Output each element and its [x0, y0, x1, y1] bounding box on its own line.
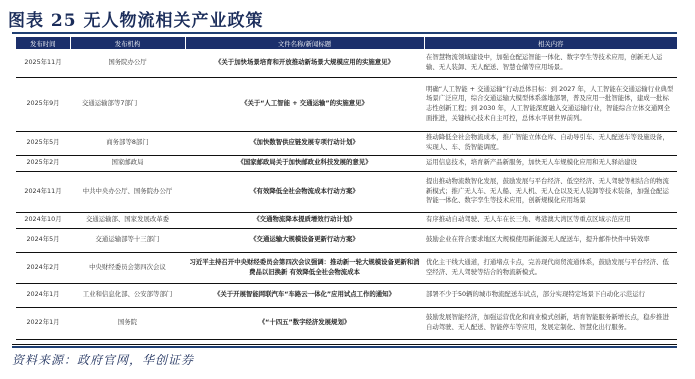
cell-time: 2024年11月 [16, 171, 70, 212]
cell-content: 鼓励企业在符合要求地区大规模使用新能源无人配送车，提升邮件快件中转效率 [424, 228, 677, 252]
figure-title: 图表 25 无人物流相关产业政策 [8, 6, 264, 30]
cell-doc: 《关于“人工智能 + 交通运输”的实施意见》 [185, 77, 424, 131]
cell-time: 2024年2月 [16, 252, 70, 283]
cell-content: 明确“人工智能 + 交通运输”行动总体目标：到 2027 年，人工智能在交通运输… [424, 77, 677, 131]
table-row: 2024年10月 交通运输部、国家发展改革委 《交通物流降本提质增效行动计划》 … [16, 212, 677, 228]
policy-table: 发布时间 发布机构 文件名称/新闻标题 相关内容 2025年11月 国务院办公厅… [16, 37, 677, 340]
table-row: 2024年1月 工业和信息化部、公安部等部门 《关于开展智能网联汽车“车路云一体… [16, 283, 677, 307]
cell-time: 2025年9月 [16, 77, 70, 131]
bottom-divider-accent [12, 346, 677, 348]
cell-org: 中共中央办公厅、国务院办公厅 [70, 171, 185, 212]
cell-content: 在智慧物流领域建设中，加强仓配运智能一体化、数字孪生等技术应用，创新无人运输、无… [424, 49, 677, 77]
table-row: 2024年11月 中共中央办公厅、国务院办公厅 《有效降低全社会物流成本行动方案… [16, 171, 677, 212]
header-doc: 文件名称/新闻标题 [185, 37, 424, 49]
cell-doc: 《有效降低全社会物流成本行动方案》 [185, 171, 424, 212]
cell-org: 交通运输部、国家发展改革委 [70, 212, 185, 228]
table-row: 2025年5月 商务部等8部门 《加快数智供应链发展专项行动计划》 推动降低全社… [16, 131, 677, 155]
table-row: 2024年2月 中央财经委员会第四次会议 习近平主持召开中央财经委员会第四次会议… [16, 252, 677, 283]
table-header-row: 发布时间 发布机构 文件名称/新闻标题 相关内容 [16, 37, 677, 49]
cell-org: 商务部等8部门 [70, 131, 185, 155]
source-note: 资料来源：政府官网，华创证券 [12, 351, 194, 368]
cell-org: 交通运输部等十三部门 [70, 228, 185, 252]
cell-time: 2022年1月 [16, 307, 70, 339]
header-org: 发布机构 [70, 37, 185, 49]
header-content: 相关内容 [424, 37, 677, 49]
cell-content: 优化主干线大通道，打通堵点卡点，完善现代商贸流通体系，鼓励发展与平台经济、低空经… [424, 252, 677, 283]
cell-content: 部署不少于50辆的城市物流配送车试点，部分实现特定场景下自动化示范运行 [424, 283, 677, 307]
cell-time: 2024年10月 [16, 212, 70, 228]
cell-doc: 《交通运输大规模设备更新行动方案》 [185, 228, 424, 252]
cell-content: 鼓励发展智能经济，加强运营优化和商业模式创新，培育智能服务新增长点，稳步推进自动… [424, 307, 677, 339]
cell-org: 工业和信息化部、公安部等部门 [70, 283, 185, 307]
cell-doc: 《加快数智供应链发展专项行动计划》 [185, 131, 424, 155]
top-divider [12, 32, 677, 34]
table-row: 2022年1月 国务院 《“十四五”数字经济发展规划》 鼓励发展智能经济，加强运… [16, 307, 677, 339]
cell-time: 2025年11月 [16, 49, 70, 77]
table-row: 2025年9月 交通运输部等7部门 《关于“人工智能 + 交通运输”的实施意见》… [16, 77, 677, 131]
cell-org: 国务院 [70, 307, 185, 339]
cell-time: 2024年1月 [16, 283, 70, 307]
table-row: 2025年2月 国家邮政局 《国家邮政局关于加快邮政业科技发展的意见》 运用信息… [16, 155, 677, 171]
cell-org: 国务院办公厅 [70, 49, 185, 77]
cell-time: 2024年5月 [16, 228, 70, 252]
table-row: 2024年5月 交通运输部等十三部门 《交通运输大规模设备更新行动方案》 鼓励企… [16, 228, 677, 252]
cell-doc: 《国家邮政局关于加快邮政业科技发展的意见》 [185, 155, 424, 171]
cell-org: 交通运输部等7部门 [70, 77, 185, 131]
cell-content: 有序推动自动驾驶、无人车在长三角、粤港澳大湾区等重点区域示范应用 [424, 212, 677, 228]
cell-org: 中央财经委员会第四次会议 [70, 252, 185, 283]
cell-content: 提出推动物流数智化发展，鼓励发展与平台经济、低空经济、无人驾驶等相结合的物流新模… [424, 171, 677, 212]
cell-org: 国家邮政局 [70, 155, 185, 171]
cell-doc: 习近平主持召开中央财经委员会第四次会议强调：推动新一轮大规模设备更新和消费品以旧… [185, 252, 424, 283]
bottom-divider-thin [12, 344, 677, 345]
cell-time: 2025年5月 [16, 131, 70, 155]
cell-doc: 《关于加快场景培育和开放推动新场景大规模应用的实施意见》 [185, 49, 424, 77]
cell-doc: 《交通物流降本提质增效行动计划》 [185, 212, 424, 228]
cell-doc: 《关于开展智能网联汽车“车路云一体化”应用试点工作的通知》 [185, 283, 424, 307]
table-row: 2025年11月 国务院办公厅 《关于加快场景培育和开放推动新场景大规模应用的实… [16, 49, 677, 77]
cell-content: 运用信息技术，培育新产品新服务，加快无人车规模化应用和无人驿站建设 [424, 155, 677, 171]
header-time: 发布时间 [16, 37, 70, 49]
cell-content: 推动降低全社会物流成本，推广智能立体仓库、自动导引车、无人配送车等设施设备，实现… [424, 131, 677, 155]
cell-doc: 《“十四五”数字经济发展规划》 [185, 307, 424, 339]
cell-time: 2025年2月 [16, 155, 70, 171]
